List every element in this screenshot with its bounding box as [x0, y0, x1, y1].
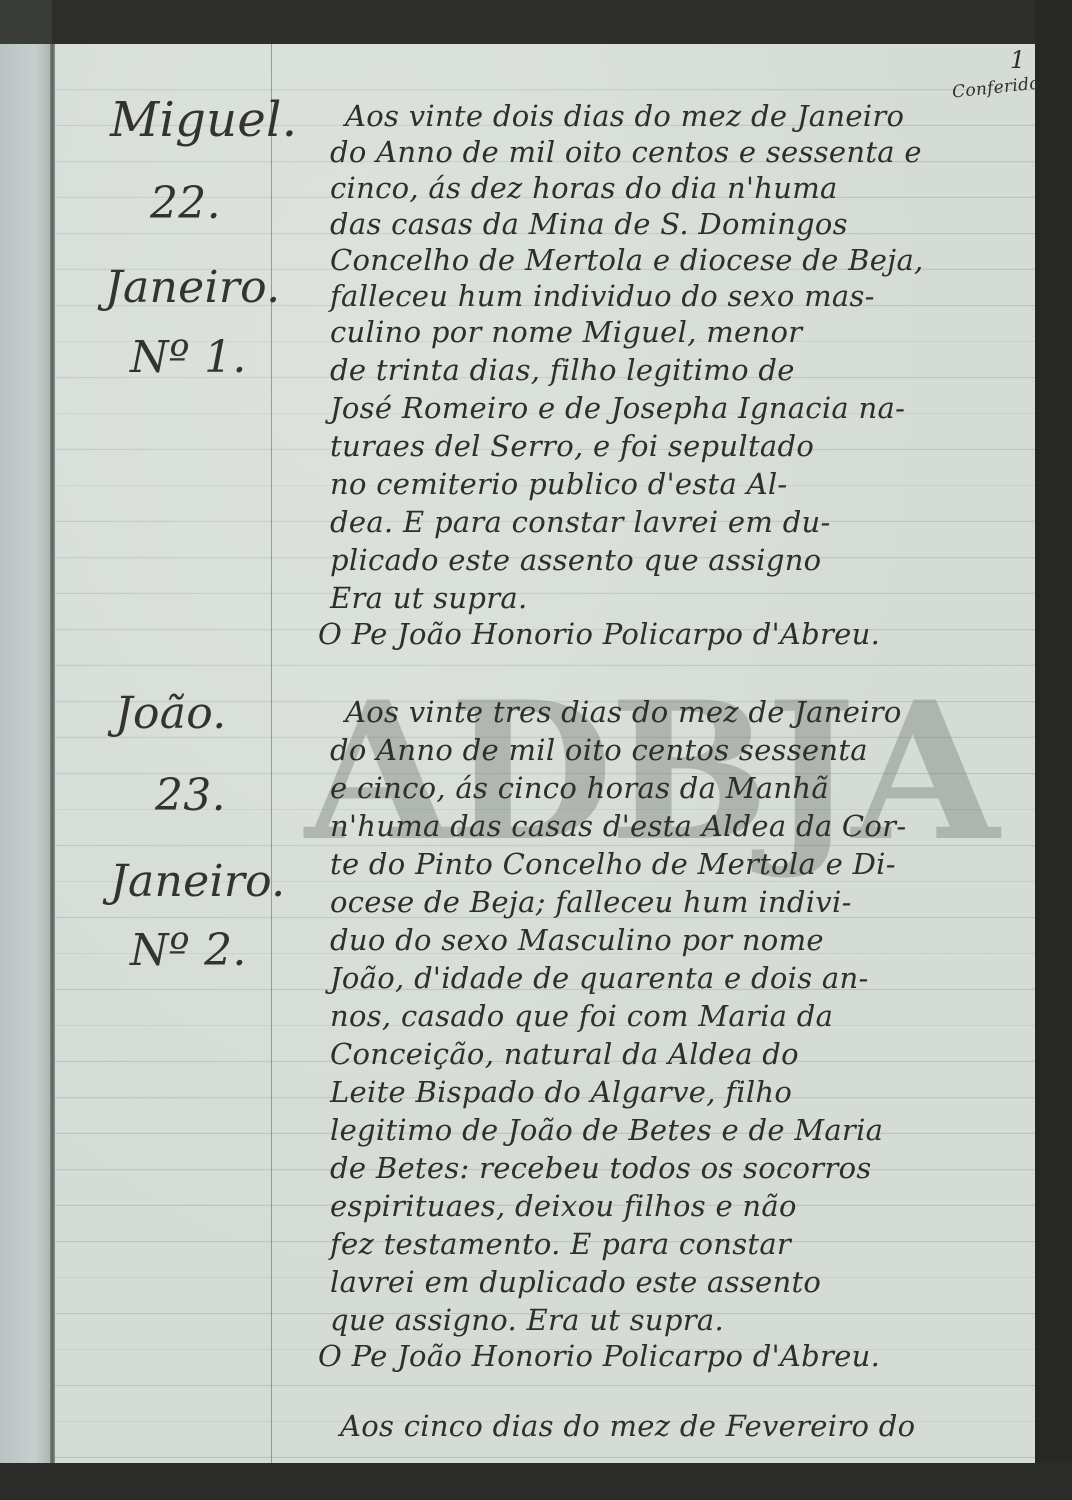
entry-2-line: e cinco, ás cinco horas da Manhã [330, 770, 829, 806]
entry-2-month: Janeiro. [110, 856, 285, 907]
entry-2-day: 23. [155, 770, 226, 821]
entry-2-line: Aos vinte tres dias do mez de Janeiro [345, 694, 902, 730]
entry-1-day: 22. [150, 178, 221, 229]
entry-1-name: Miguel. [110, 92, 297, 148]
entry-1-line: turaes del Serro, e foi sepultado [330, 428, 814, 464]
entry-1-line: falleceu hum individuo do sexo mas- [330, 278, 875, 314]
folio-number: 1 [1010, 46, 1026, 74]
entry-1-line: cinco, ás dez horas do dia n'huma [330, 170, 838, 206]
binding-tab [0, 0, 52, 44]
entry-2-line: lavrei em duplicado este assento [330, 1264, 821, 1300]
entry-2-line: do Anno de mil oito centos sessenta [330, 732, 868, 768]
scanner-top-border [0, 0, 1072, 44]
entry-1-line: do Anno de mil oito centos e sessenta e [330, 134, 922, 170]
entry-1-line: Aos vinte dois dias do mez de Janeiro [345, 98, 904, 134]
entry-2-line: n'huma das casas d'esta Aldea da Cor- [330, 808, 906, 844]
entry-1-line: no cemiterio publico d'esta Al- [330, 466, 788, 502]
entry-2-line: fez testamento. E para constar [330, 1226, 791, 1262]
entry-1-line: dea. E para constar lavrei em du- [330, 504, 831, 540]
scanner-bottom-border [0, 1463, 1072, 1500]
entry-1-line: José Romeiro e de Josepha Ignacia na- [330, 390, 905, 426]
previous-page-edge [0, 44, 50, 1463]
entry-2-line: te do Pinto Concelho de Mertola e Di- [330, 846, 896, 882]
entry-1-month: Janeiro. [105, 262, 280, 313]
entry-2-line: de Betes: recebeu todos os socorros [330, 1150, 872, 1186]
entry-3-line: Aos cinco dias do mez de Fevereiro do [340, 1408, 915, 1444]
entry-1-signature: O Pe João Honorio Policarpo d'Abreu. [318, 616, 880, 652]
entry-1-line: plicado este assento que assigno [330, 542, 821, 578]
entry-1-line: Concelho de Mertola e diocese de Beja, [330, 242, 924, 278]
entry-2-line: duo do sexo Masculino por nome [330, 922, 824, 958]
entry-1-line: culino por nome Miguel, menor [330, 314, 802, 350]
entry-2-line: espirituaes, deixou filhos e não [330, 1188, 797, 1224]
entry-2-name: João. [115, 688, 227, 739]
entry-2-line: Leite Bispado do Algarve, filho [330, 1074, 792, 1110]
entry-2-signature: O Pe João Honorio Policarpo d'Abreu. [318, 1338, 880, 1374]
entry-2-line: Conceição, natural da Aldea do [330, 1036, 799, 1072]
entry-1-line: Era ut supra. [330, 580, 527, 616]
entry-1-number: Nº 1. [130, 332, 247, 383]
entry-2-number: Nº 2. [130, 925, 247, 976]
entry-1-line: das casas da Mina de S. Domingos [330, 206, 848, 242]
entry-2-line: nos, casado que foi com Maria da [330, 998, 833, 1034]
margin-rule-line [271, 44, 272, 1463]
entry-2-line: legitimo de João de Betes e de Maria [330, 1112, 883, 1148]
scanner-right-border [1035, 0, 1072, 1500]
entry-2-line: ocese de Beja; falleceu hum indivi- [330, 884, 852, 920]
entry-2-line: que assigno. Era ut supra. [330, 1302, 724, 1338]
entry-1-line: de trinta dias, filho legitimo de [330, 352, 795, 388]
entry-2-line: João, d'idade de quarenta e dois an- [330, 960, 869, 996]
